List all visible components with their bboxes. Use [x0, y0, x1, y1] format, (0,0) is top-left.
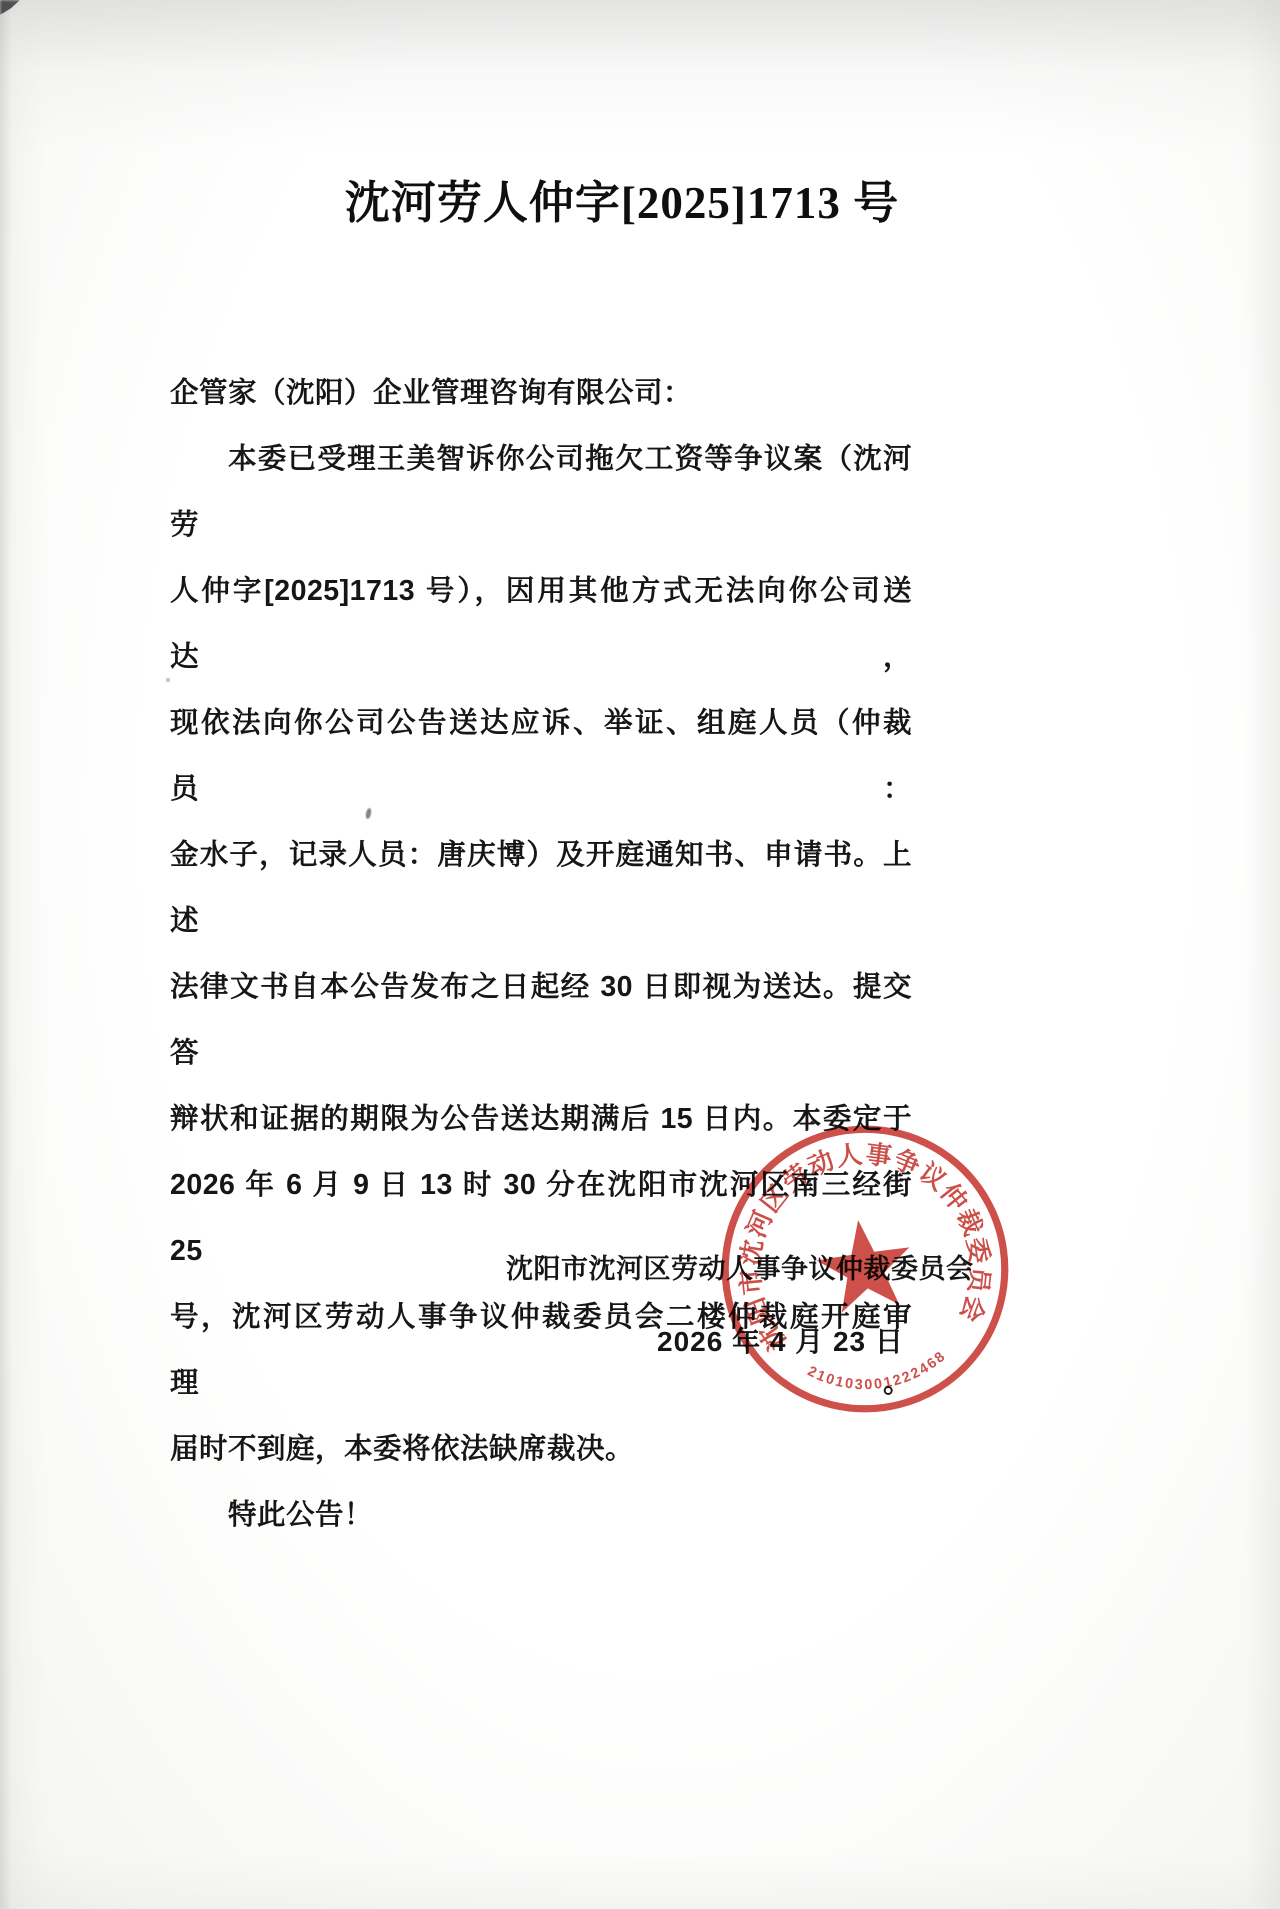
- closing-line: 特此公告！: [170, 1482, 912, 1548]
- scan-corner-mark: [0, 0, 20, 15]
- body-line: 现依法向你公司公告送达应诉、举证、组庭人员（仲裁员：: [170, 690, 912, 822]
- document-page: 沈河劳人仲字[2025]1713 号 企管家（沈阳）企业管理咨询有限公司： 本委…: [0, 0, 1280, 1909]
- recipient-line: 企管家（沈阳）企业管理咨询有限公司：: [170, 360, 912, 426]
- star-icon: [812, 1214, 917, 1315]
- body-line: 人仲字[2025]1713 号），因用其他方式无法向你公司送达，: [170, 558, 912, 690]
- body-line: 本委已受理王美智诉你公司拖欠工资等争议案（沈河劳: [170, 426, 912, 558]
- body-line: 金水子，记录人员：唐庆博）及开庭通知书、申请书。上述: [170, 822, 912, 954]
- body-line: 法律文书自本公告发布之日起经 30 日即视为送达。提交答: [170, 954, 912, 1086]
- official-seal: 沈阳市沈河区劳动人事争议仲裁委员会 210103001222468: [697, 1101, 1034, 1438]
- document-number-title: 沈河劳人仲字[2025]1713 号: [0, 166, 1280, 231]
